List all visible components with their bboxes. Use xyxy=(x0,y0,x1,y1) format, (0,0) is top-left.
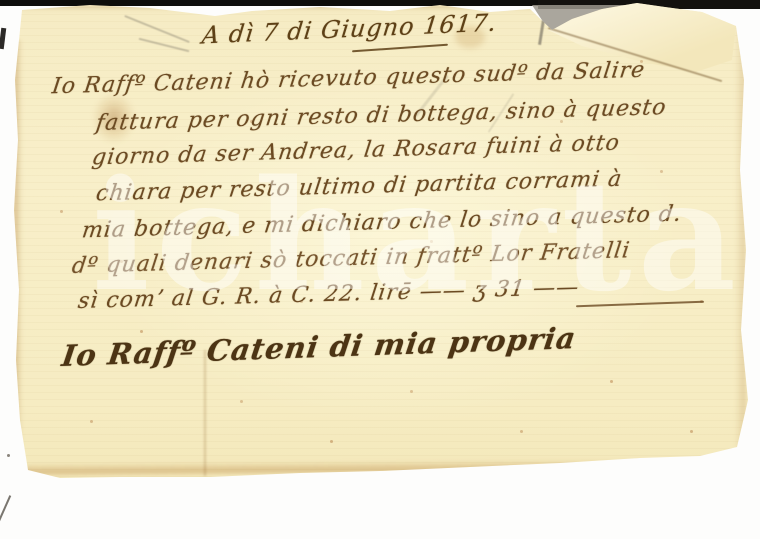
backdrop-hairline xyxy=(0,495,11,529)
paper-edge-left xyxy=(13,40,22,465)
aged-paper-sheet: A dì 7 di Giugno 1617. Io Raffº Cateni h… xyxy=(0,0,760,539)
photo-of-manuscript: A dì 7 di Giugno 1617. Io Raffº Cateni h… xyxy=(0,0,760,539)
backdrop-dot xyxy=(7,454,10,457)
vertical-crease xyxy=(204,350,206,476)
paper-edge-right xyxy=(735,28,746,448)
backdrop-debris-mark xyxy=(0,28,6,49)
